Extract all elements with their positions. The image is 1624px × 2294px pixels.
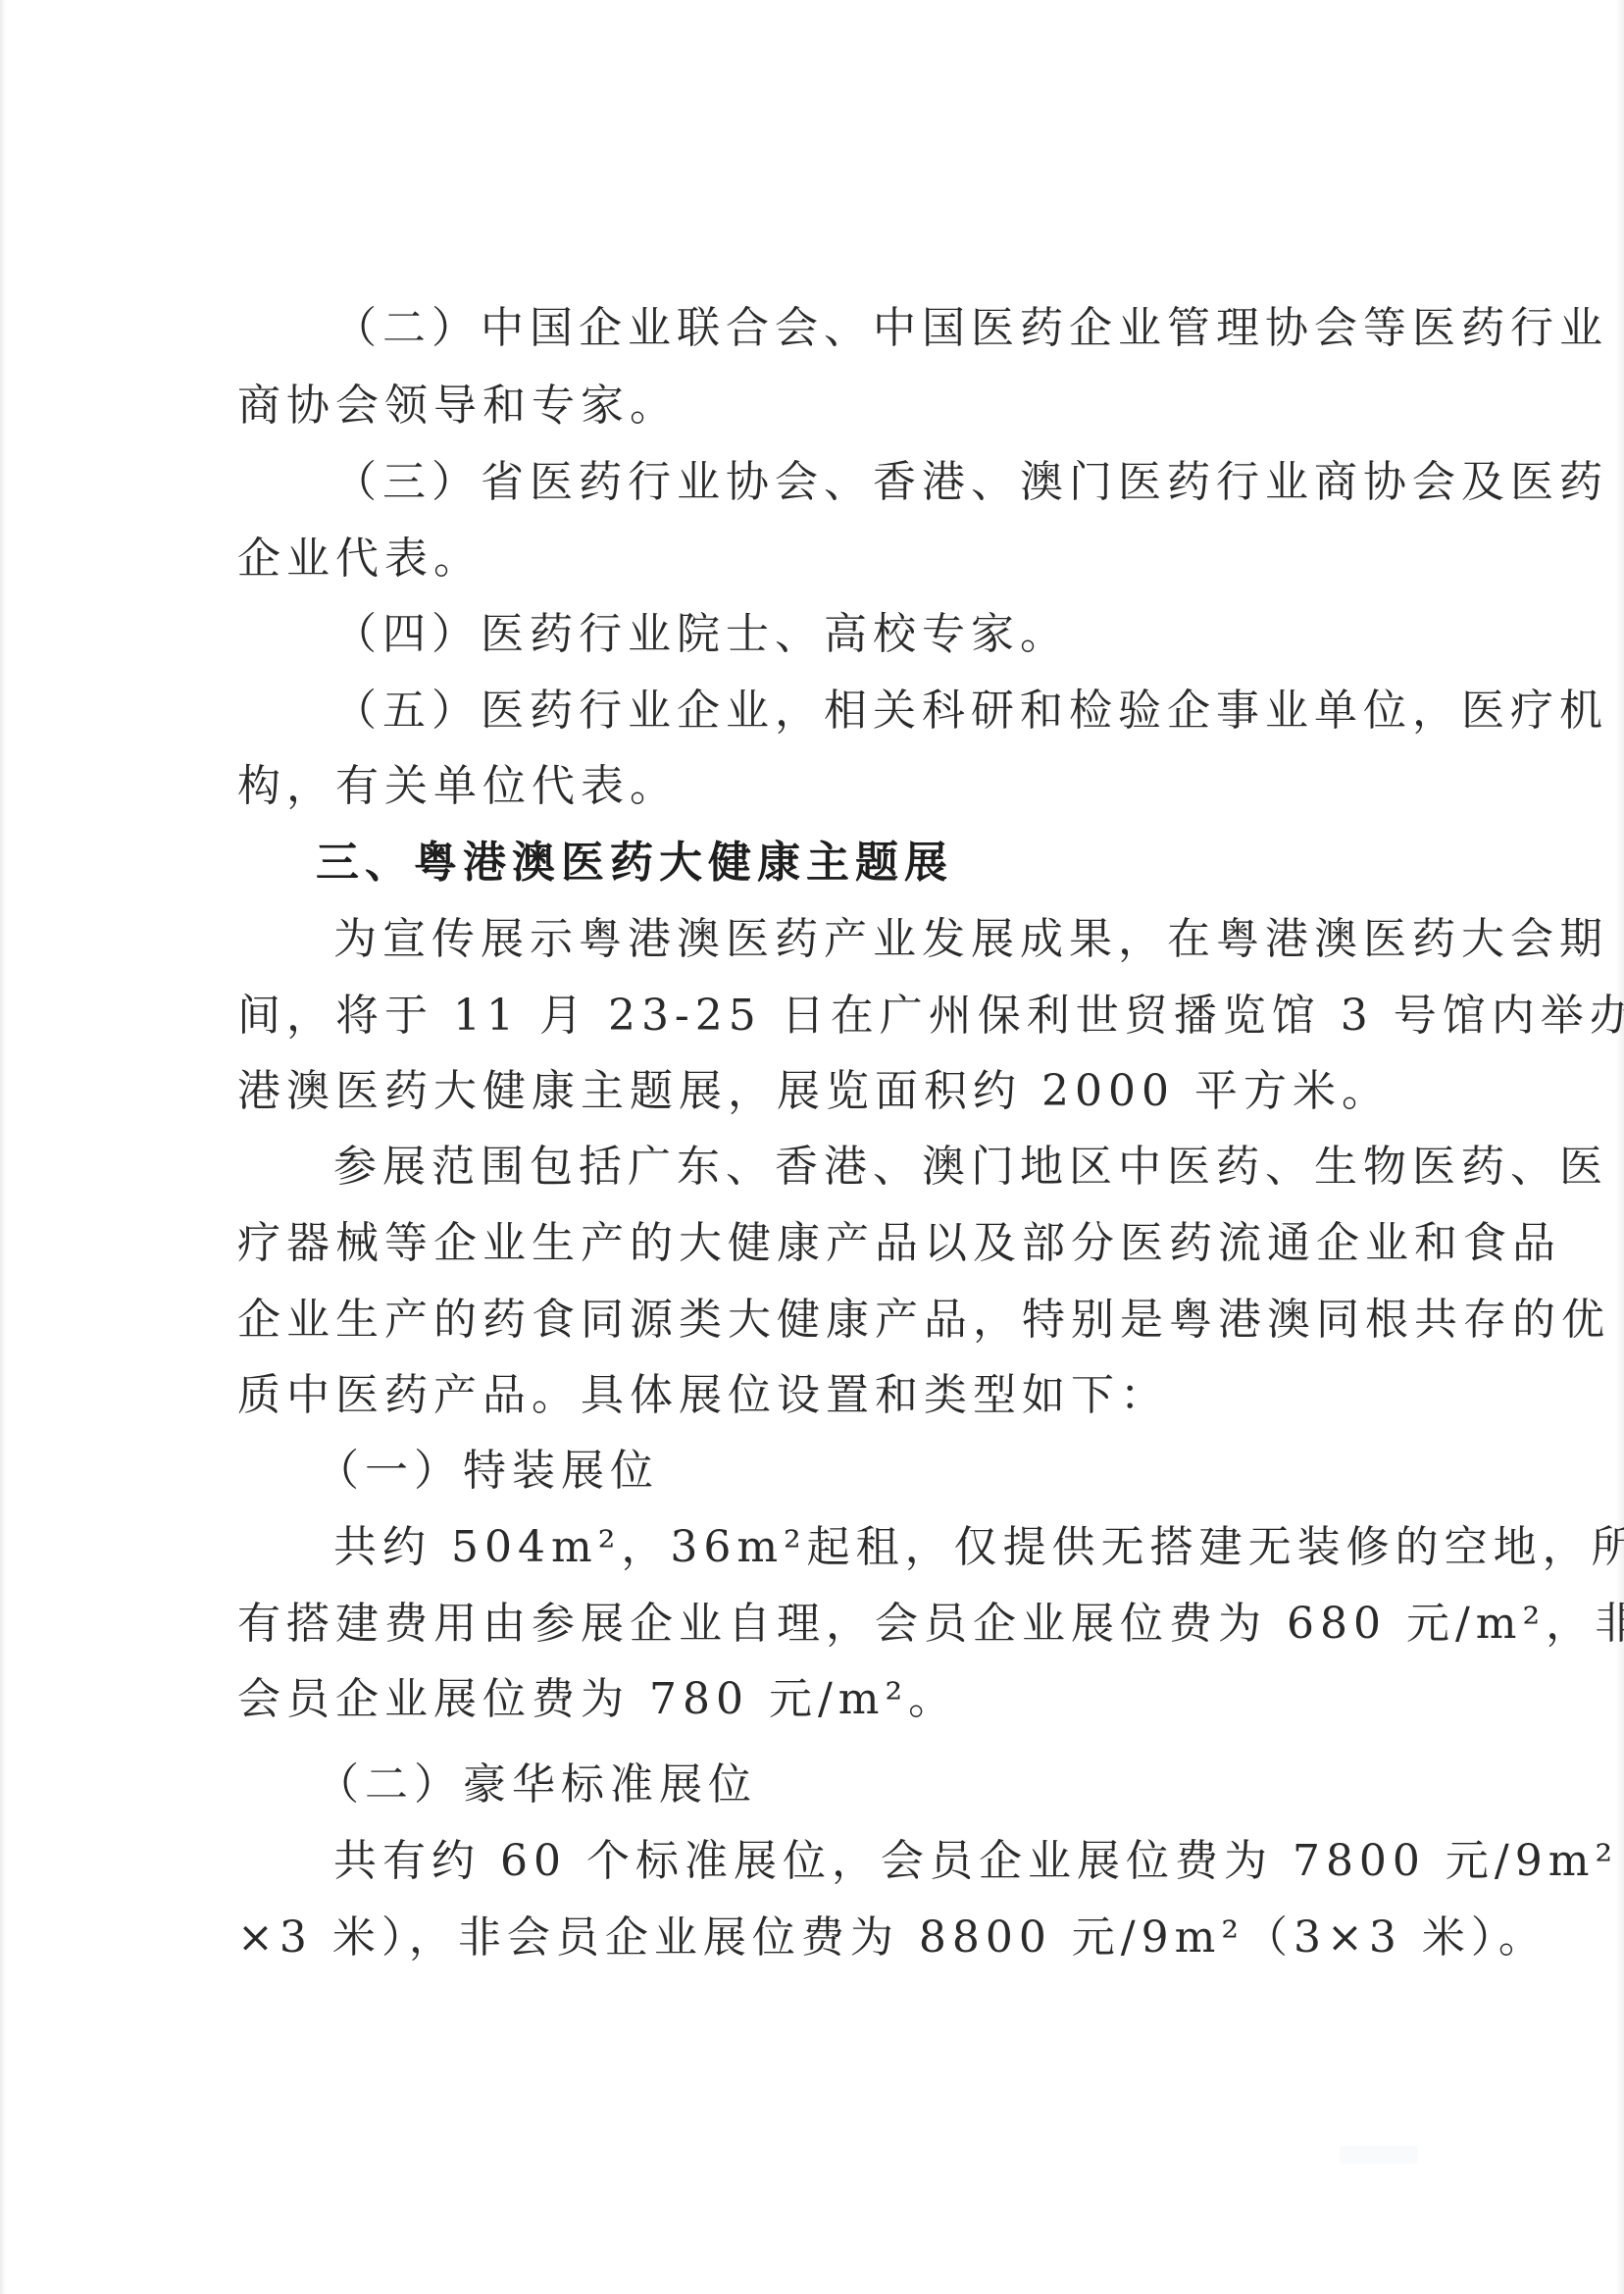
standard-booth-line-1: 共有约 60 个标准展位，会员企业展位费为 7800 元/9m²（3 xyxy=(333,1832,1434,1891)
intro-paragraph-line-3: 港澳医药大健康主题展，展览面积约 2000 平方米。 xyxy=(237,1062,1434,1121)
standard-booth-line-2: ×3 米），非会员企业展位费为 8800 元/9m²（3×3 米）。 xyxy=(237,1909,1434,1967)
intro-paragraph-line-1: 为宣传展示粤港澳医药产业发展成果，在粤港澳医药大会期 xyxy=(333,910,1434,969)
scan-artifact xyxy=(1340,2146,1418,2164)
booth-type-special-heading: （一）特装展位 xyxy=(316,1442,1512,1501)
scope-paragraph-line-2: 疗器械等企业生产的大健康产品以及部分医药流通企业和食品 xyxy=(237,1214,1434,1273)
scope-paragraph-line-3: 企业生产的药食同源类大健康产品，特别是粤港澳同根共存的优 xyxy=(237,1291,1434,1350)
attendee-item-4: （四）医药行业院士、高校专家。 xyxy=(333,605,1434,664)
section-heading: 三、粤港澳医药大健康主题展 xyxy=(316,834,1512,892)
scope-paragraph-line-4: 质中医药产品。具体展位设置和类型如下： xyxy=(237,1366,1434,1425)
special-booth-line-2: 有搭建费用由参展企业自理，会员企业展位费为 680 元/m²，非 xyxy=(237,1595,1434,1654)
scan-edge-left xyxy=(0,0,6,2294)
special-booth-line-1: 共约 504m²，36m²起租，仅提供无搭建无装修的空地，所 xyxy=(333,1518,1434,1577)
attendee-item-2-line-1: （二）中国企业联合会、中国医药企业管理协会等医药行业 xyxy=(333,299,1434,358)
attendee-item-2-line-2: 商协会领导和专家。 xyxy=(237,377,1434,435)
booth-type-standard-heading: （二）豪华标准展位 xyxy=(316,1756,1512,1814)
attendee-item-5-line-1: （五）医药行业企业，相关科研和检验企事业单位，医疗机 xyxy=(333,682,1434,740)
scan-edge-right xyxy=(1616,0,1624,2294)
special-booth-line-3: 会员企业展位费为 780 元/m²。 xyxy=(237,1670,1434,1729)
scope-paragraph-line-1: 参展范围包括广东、香港、澳门地区中医药、生物医药、医 xyxy=(333,1138,1434,1197)
document-page: （二）中国企业联合会、中国医药企业管理协会等医药行业 商协会领导和专家。 （三）… xyxy=(0,0,1624,2294)
intro-paragraph-line-2: 间，将于 11 月 23-25 日在广州保利世贸播览馆 3 号馆内举办粤 xyxy=(237,987,1434,1045)
attendee-item-3-line-1: （三）省医药行业协会、香港、澳门医药行业商协会及医药 xyxy=(333,453,1434,512)
attendee-item-3-line-2: 企业代表。 xyxy=(237,530,1434,588)
attendee-item-5-line-2: 构，有关单位代表。 xyxy=(237,757,1434,816)
